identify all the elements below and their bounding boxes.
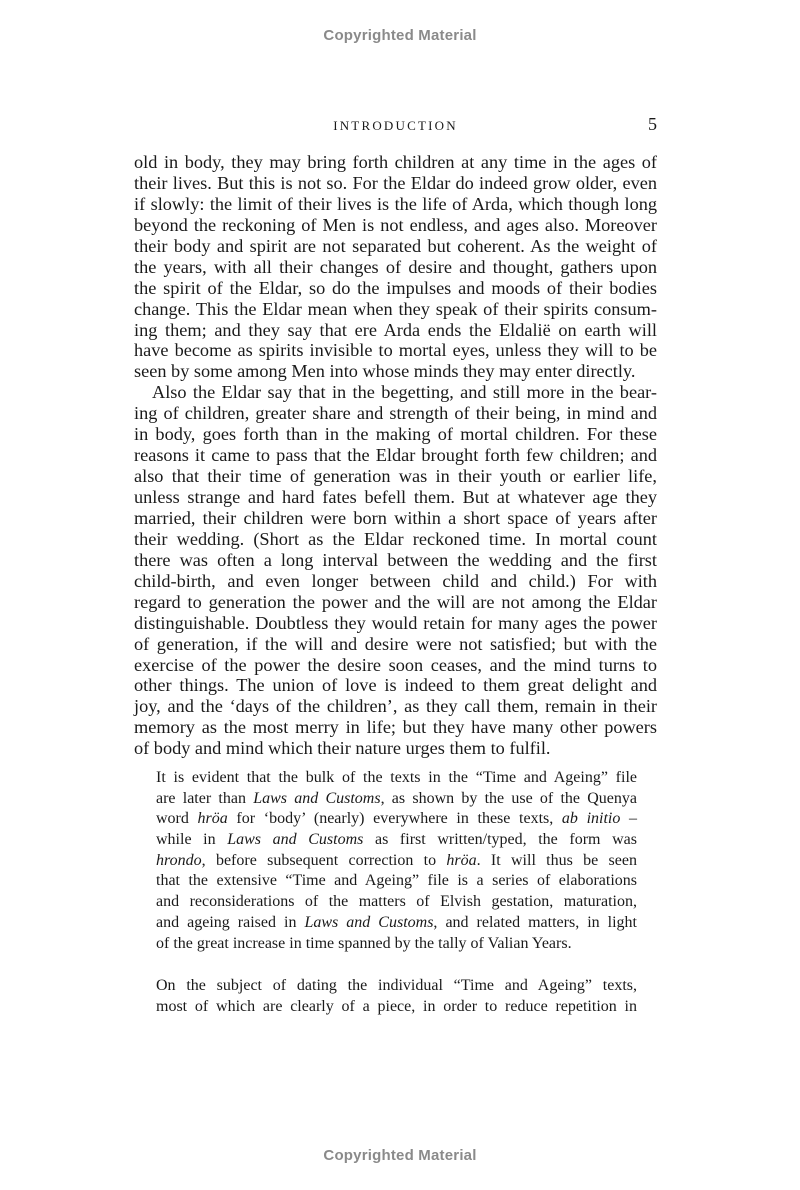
text-line: there was often a long interval between … [134, 550, 657, 571]
text-line: Also the Eldar say that in the begetting… [134, 382, 657, 403]
text-line: are later than Laws and Customs, as show… [156, 789, 637, 810]
italic-title: Laws and Customs [253, 790, 380, 807]
italic-title: hröa [446, 852, 476, 869]
text-line: ing of children, greater share and stren… [134, 403, 657, 424]
text-line: joy, and the ‘days of the children’, as … [134, 696, 657, 717]
editorial-note-1: It is evident that the bulk of the texts… [156, 768, 637, 954]
text-line: their lives. But this is not so. For the… [134, 173, 657, 194]
paragraph-1: old in body, they may bring forth childr… [134, 152, 657, 382]
text-line: regard to generation the power and the w… [134, 592, 657, 613]
text-line: of body and mind which their nature urge… [134, 738, 657, 759]
text-line: have become as spirits invisible to mort… [134, 340, 657, 361]
text-line: memory as the most merry in life; but th… [134, 717, 657, 738]
text-line: seen by some among Men into whose minds … [134, 361, 657, 382]
text-line: It is evident that the bulk of the texts… [156, 768, 637, 789]
text-line: child-birth, and even longer between chi… [134, 571, 657, 592]
text-line: exercise of the power the desire soon ce… [134, 655, 657, 676]
text-line: their body and spirit are not separated … [134, 236, 657, 257]
italic-title: Laws and Customs [304, 914, 433, 931]
text-line: while in Laws and Customs as first writt… [156, 830, 637, 851]
paragraph-2: Also the Eldar say that in the begetting… [134, 382, 657, 759]
italic-title: ab initio [562, 810, 620, 827]
text-line: beyond the reckoning of Men is not endle… [134, 215, 657, 236]
copyright-watermark-top: Copyrighted Material [0, 27, 800, 44]
text-line: unless strange and hard fates befell the… [134, 487, 657, 508]
text-line: word hröa for ‘body’ (nearly) everywhere… [156, 809, 637, 830]
italic-title: hrondo [156, 852, 202, 869]
text-line: that the extensive “Time and Ageing” fil… [156, 871, 637, 892]
text-line: the years, with all their changes of des… [134, 257, 657, 278]
text-line: also that their time of generation was i… [134, 466, 657, 487]
main-body-text: old in body, they may bring forth childr… [134, 152, 657, 759]
text-line: of the great increase in time spanned by… [156, 934, 637, 955]
text-line: reasons it came to pass that the Eldar b… [134, 445, 657, 466]
running-head: INTRODUCTION 5 [134, 115, 657, 137]
copyright-watermark-bottom: Copyrighted Material [0, 1147, 800, 1164]
text-line: their wedding. (Short as the Eldar recko… [134, 529, 657, 550]
text-line: if slowly: the limit of their lives is t… [134, 194, 657, 215]
italic-title: hröa [198, 810, 228, 827]
italic-title: Laws and Customs [227, 831, 363, 848]
text-line: change. This the Eldar mean when they sp… [134, 299, 657, 320]
text-line: On the subject of dating the individual … [156, 976, 637, 997]
text-line: of generation, if the will and desire we… [134, 634, 657, 655]
text-line: married, their children were born within… [134, 508, 657, 529]
text-line: most of which are clearly of a piece, in… [156, 997, 637, 1018]
text-line: and reconsiderations of the matters of E… [156, 892, 637, 913]
text-line: the spirit of the Eldar, so do the impul… [134, 278, 657, 299]
text-line: old in body, they may bring forth childr… [134, 152, 657, 173]
text-line: other things. The union of love is indee… [134, 675, 657, 696]
text-line: distinguishable. Doubtless they would re… [134, 613, 657, 634]
text-line: ing them; and they say that ere Arda end… [134, 320, 657, 341]
text-line: and ageing raised in Laws and Customs, a… [156, 913, 637, 934]
page-number: 5 [648, 114, 657, 135]
chapter-title: INTRODUCTION [134, 118, 657, 134]
editorial-note-2: On the subject of dating the individual … [156, 976, 637, 1017]
text-line: hrondo, before subsequent correction to … [156, 851, 637, 872]
text-line: in body, goes forth than in the making o… [134, 424, 657, 445]
